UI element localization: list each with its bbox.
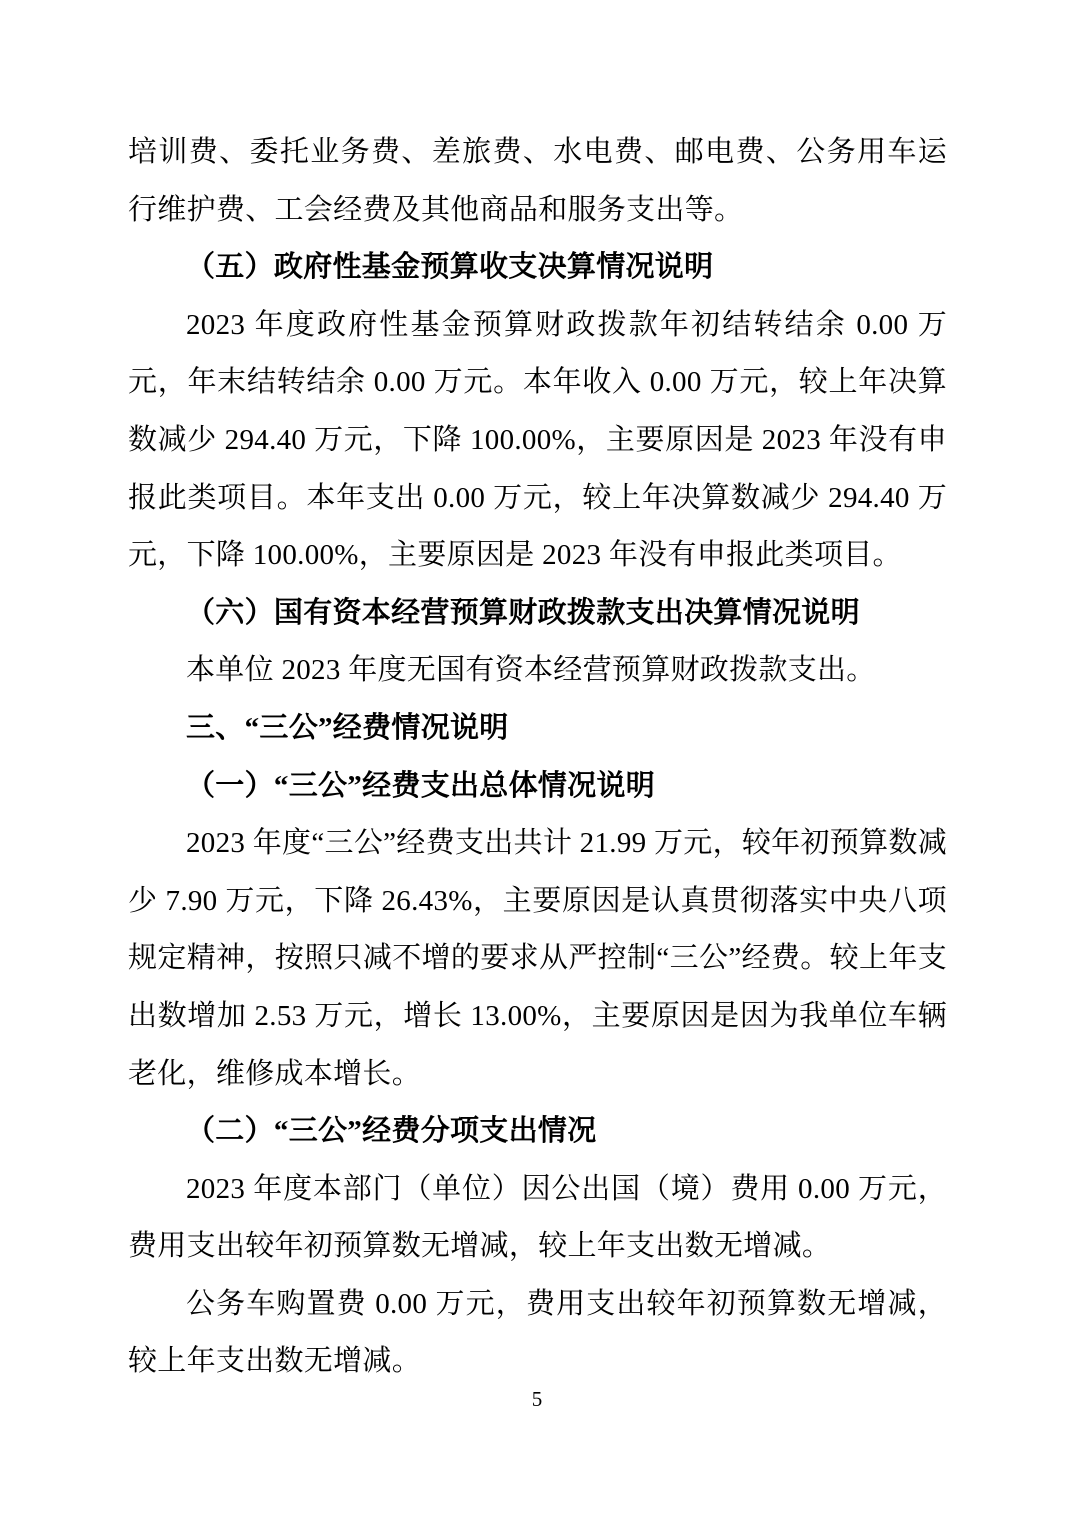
document-page: 培训费、委托业务费、差旅费、水电费、邮电费、公务用车运行维护费、工会经费及其他商… [0,0,1074,1520]
page-number: 5 [0,1387,1074,1412]
page-body-text: 培训费、委托业务费、差旅费、水电费、邮电费、公务用车运行维护费、工会经费及其他商… [128,124,947,1391]
paragraph-government-fund-details: 2023 年度政府性基金预算财政拨款年初结转结余 0.00 万元，年末结转结余 … [128,297,947,585]
paragraph-other-goods-services: 培训费、委托业务费、差旅费、水电费、邮电费、公务用车运行维护费、工会经费及其他商… [128,124,947,239]
paragraph-official-vehicle-purchase: 公务车购置费 0.00 万元，费用支出较年初预算数无增减，较上年支出数无增减。 [128,1276,947,1391]
paragraph-overseas-travel-expenses: 2023 年度本部门（单位）因公出国（境）费用 0.00 万元，费用支出较年初预… [128,1161,947,1276]
heading-section-5-government-fund-budget: （五）政府性基金预算收支决算情况说明 [128,239,947,297]
heading-subsection-2-itemized-expenses: （二）“三公”经费分项支出情况 [128,1103,947,1161]
heading-subsection-1-overall-situation: （一）“三公”经费支出总体情况说明 [128,758,947,816]
paragraph-state-capital-details: 本单位 2023 年度无国有资本经营预算财政拨款支出。 [128,642,947,700]
heading-section-6-state-capital-budget: （六）国有资本经营预算财政拨款支出决算情况说明 [128,585,947,643]
paragraph-three-public-overall-details: 2023 年度“三公”经费支出共计 21.99 万元，较年初预算数减少 7.90… [128,815,947,1103]
heading-chapter-3-three-public-expenses: 三、“三公”经费情况说明 [128,700,947,758]
